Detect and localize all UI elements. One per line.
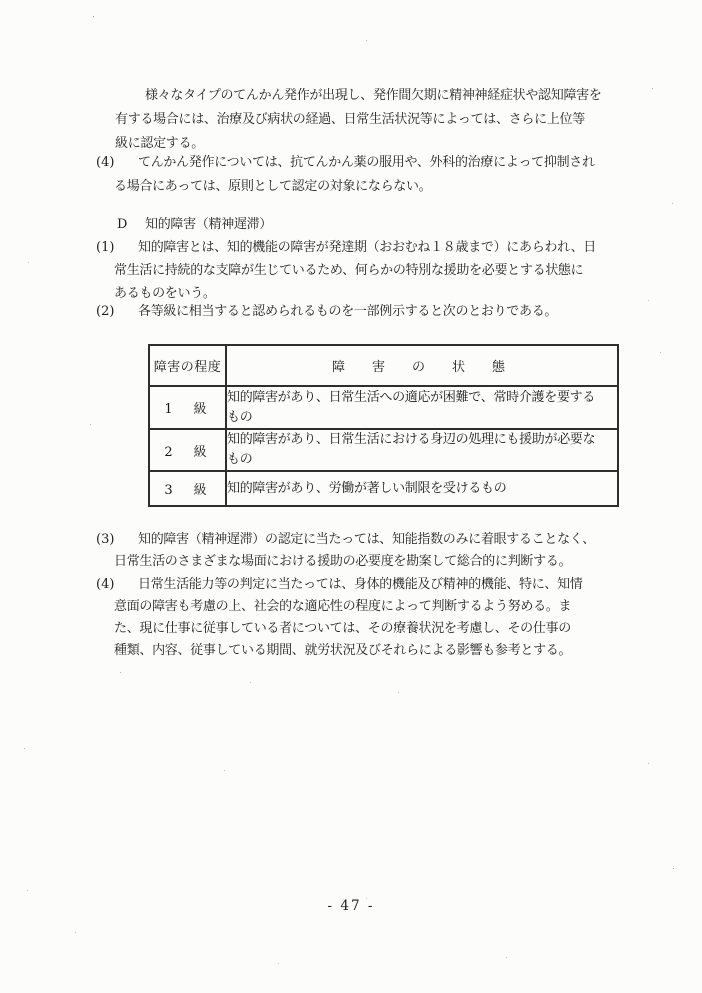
item-text: 知的障害とは、知的機能の障害が発達期（おおむね１８歳まで）にあらわれ、日: [138, 240, 596, 255]
list-item-d3: (3)知的障害（精神遅滞）の認定に当たっては、知能指数のみに着眼することなく、 …: [96, 529, 608, 573]
state-line: もの: [227, 408, 617, 428]
item-marker: (4): [96, 151, 138, 175]
text-line: (4)日常生活能力等の判定に当たっては、身体的機能及び精神的機能、特に、知情: [96, 574, 608, 596]
col-header-state: 障 害 の 状 態: [226, 345, 618, 386]
table-row: 3 級 知的障害があり、労働が著しい制限を受けるもの: [149, 471, 618, 506]
section-marker: D: [117, 213, 145, 237]
table-header-row: 障害の程度 障 害 の 状 態: [149, 345, 618, 386]
text-line: 常生活に持続的な支障が生じているため、何らかの特別な援助を必要とする状態に: [114, 259, 608, 282]
state-cell: 知的障害があり、日常生活への適応が困難で、常時介護を要する もの: [226, 386, 618, 429]
table-row: 2 級 知的障害があり、日常生活における身辺の処理にも援助が必要な もの: [149, 429, 618, 471]
item-marker: (3): [96, 529, 138, 551]
list-item-d2: (2)各等級に相当すると認められるものを一部例示すると次のとおりである。: [96, 300, 608, 323]
text-line: 意面の障害も考慮の上、社会的な適応性の程度によって判断するよう努める。ま: [114, 596, 608, 618]
grade-cell: 2 級: [149, 429, 226, 471]
item-text: 知的障害（精神遅滞）の認定に当たっては、知能指数のみに着眼することなく、: [138, 532, 595, 547]
grade-cell: 3 級: [149, 471, 226, 506]
col-header-degree: 障害の程度: [149, 345, 226, 386]
text-line: 様々なタイプのてんかん発作が出現し、発作間欠期に精神神経症状や認知障害を: [115, 84, 627, 108]
state-line: もの: [227, 450, 617, 470]
section-title: 知的障害（精神遅滞）: [145, 217, 272, 232]
text-line: 有する場合には、治療及び病状の経過、日常生活状況等によっては、さらに上位等: [115, 108, 627, 132]
text-line: る場合にあっては、原則として認定の対象にならない。: [114, 175, 608, 199]
text-line: (2)各等級に相当すると認められるものを一部例示すると次のとおりである。: [96, 300, 608, 323]
text-line: 種類、内容、従事している期間、就労状況及びそれらによる影響も参考とする。: [114, 640, 608, 662]
heading-line: D知的障害（精神遅滞）: [117, 213, 629, 237]
state-cell: 知的障害があり、日常生活における身辺の処理にも援助が必要な もの: [226, 429, 618, 471]
table-row: 1 級 知的障害があり、日常生活への適応が困難で、常時介護を要する もの: [149, 386, 618, 429]
page-number: - 47 -: [0, 898, 702, 914]
paragraph-epilepsy-grading: 様々なタイプのてんかん発作が出現し、発作間欠期に精神神経症状や認知障害を 有する…: [115, 84, 627, 156]
text-line: (4)てんかん発作については、抗てんかん薬の服用や、外科的治療によって抑制され: [96, 151, 608, 175]
grade-table: 障害の程度 障 害 の 状 態 1 級 知的障害があり、日常生活への適応が困難で…: [148, 344, 619, 507]
list-item-d1: (1)知的障害とは、知的機能の障害が発達期（おおむね１８歳まで）にあらわれ、日 …: [96, 236, 608, 305]
grade-cell: 1 級: [149, 386, 226, 429]
list-item-c4: (4)てんかん発作については、抗てんかん薬の服用や、外科的治療によって抑制され …: [96, 151, 608, 199]
text-line: 日常生活のさまざまな場面における援助の必要度を勘案して総合的に判断する。: [114, 551, 608, 573]
item-text: てんかん発作については、抗てんかん薬の服用や、外科的治療によって抑制され: [138, 155, 595, 170]
item-marker: (4): [96, 574, 138, 596]
item-marker: (2): [96, 300, 138, 323]
section-heading-d: D知的障害（精神遅滞）: [117, 213, 629, 237]
item-text: 各等級に相当すると認められるものを一部例示すると次のとおりである。: [138, 304, 557, 319]
state-cell: 知的障害があり、労働が著しい制限を受けるもの: [226, 471, 618, 506]
state-line: 知的障害があり、日常生活における身辺の処理にも援助が必要な: [227, 430, 617, 450]
text-line: (3)知的障害（精神遅滞）の認定に当たっては、知能指数のみに着眼することなく、: [96, 529, 608, 551]
state-line: 知的障害があり、日常生活への適応が困難で、常時介護を要する: [227, 388, 617, 408]
text-line: (1)知的障害とは、知的機能の障害が発達期（おおむね１８歳まで）にあらわれ、日: [96, 236, 608, 259]
item-text: 日常生活能力等の判定に当たっては、身体的機能及び精神的機能、特に、知情: [138, 577, 583, 592]
scanned-document-page: 様々なタイプのてんかん発作が出現し、発作間欠期に精神神経症状や認知障害を 有する…: [0, 0, 702, 993]
state-line: 知的障害があり、労働が著しい制限を受けるもの: [227, 479, 617, 499]
list-item-d4: (4)日常生活能力等の判定に当たっては、身体的機能及び精神的機能、特に、知情 意…: [96, 574, 608, 662]
item-marker: (1): [96, 236, 138, 259]
text-line: た、現に仕事に従事している者については、その療養状況を考慮し、その仕事の: [114, 618, 608, 640]
